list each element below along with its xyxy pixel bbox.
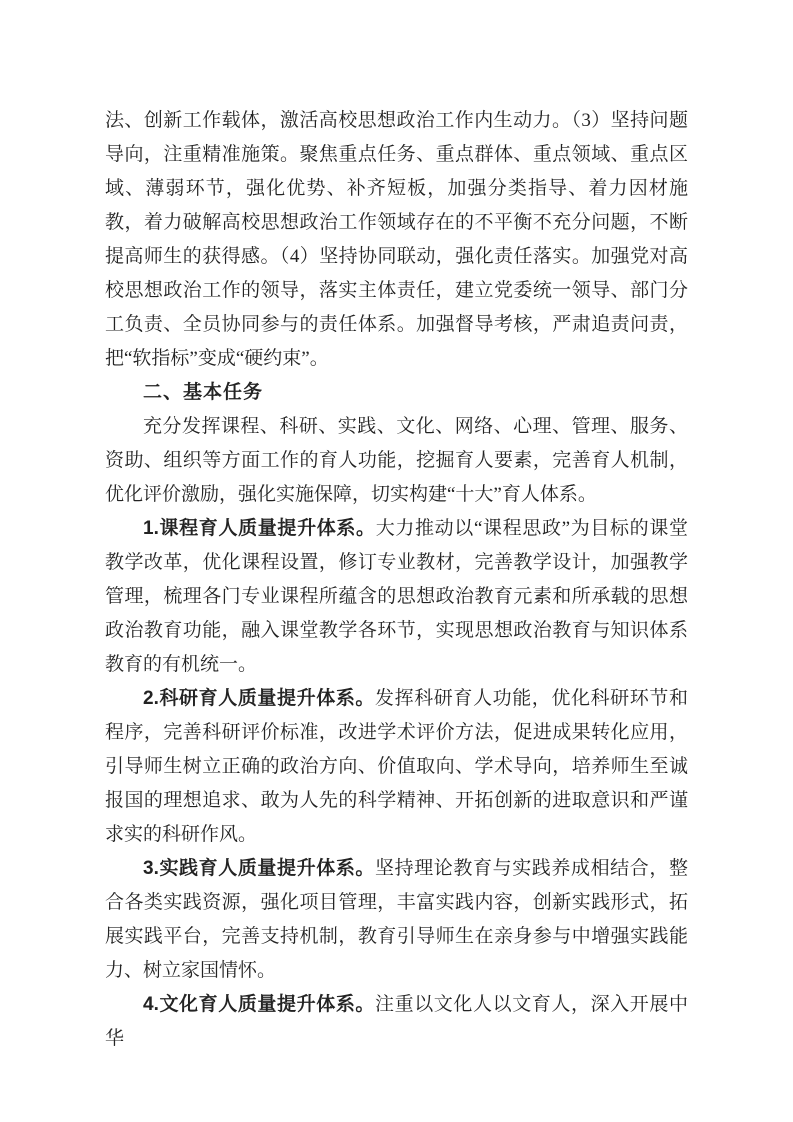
item-lead: 1.课程育人质量提升体系。 <box>143 518 376 539</box>
document-text-block: 法、创新工作载体，激活高校思想政治工作内生动力。（3）坚持问题导向，注重精准施策… <box>105 104 688 1056</box>
paragraph-continuation: 法、创新工作载体，激活高校思想政治工作内生动力。（3）坚持问题导向，注重精准施策… <box>105 104 688 376</box>
paragraph-text: 大力推动以“课程思政”为目标的课堂教学改革，优化课程设置，修订专业教材，完善教学… <box>105 518 688 675</box>
paragraph-overview: 充分发挥课程、科研、实践、文化、网络、心理、管理、服务、资助、组织等方面工作的育… <box>105 410 688 512</box>
item-lead: 3.实践育人质量提升体系。 <box>143 858 375 879</box>
paragraph-text: 二、基本任务 <box>143 382 263 403</box>
paragraph-text: 发挥科研育人功能，优化科研环节和程序，完善科研评价标准，改进学术评价方法，促进成… <box>105 688 688 845</box>
paragraph-text: 充分发挥课程、科研、实践、文化、网络、心理、管理、服务、资助、组织等方面工作的育… <box>105 416 688 505</box>
section-heading: 二、基本任务 <box>105 376 688 410</box>
item-paragraph-4: 4.文化育人质量提升体系。注重以文化人以文育人，深入开展中华 <box>105 988 688 1056</box>
item-lead: 2.科研育人质量提升体系。 <box>143 688 375 709</box>
paragraph-text: 法、创新工作载体，激活高校思想政治工作内生动力。（3）坚持问题导向，注重精准施策… <box>105 110 688 369</box>
document-page: 法、创新工作载体，激活高校思想政治工作内生动力。（3）坚持问题导向，注重精准施策… <box>0 0 793 1122</box>
item-paragraph-3: 3.实践育人质量提升体系。坚持理论教育与实践养成相结合，整合各类实践资源，强化项… <box>105 852 688 988</box>
item-lead: 4.文化育人质量提升体系。 <box>143 994 375 1015</box>
item-paragraph-2: 2.科研育人质量提升体系。发挥科研育人功能，优化科研环节和程序，完善科研评价标准… <box>105 682 688 852</box>
item-paragraph-1: 1.课程育人质量提升体系。大力推动以“课程思政”为目标的课堂教学改革，优化课程设… <box>105 512 688 682</box>
